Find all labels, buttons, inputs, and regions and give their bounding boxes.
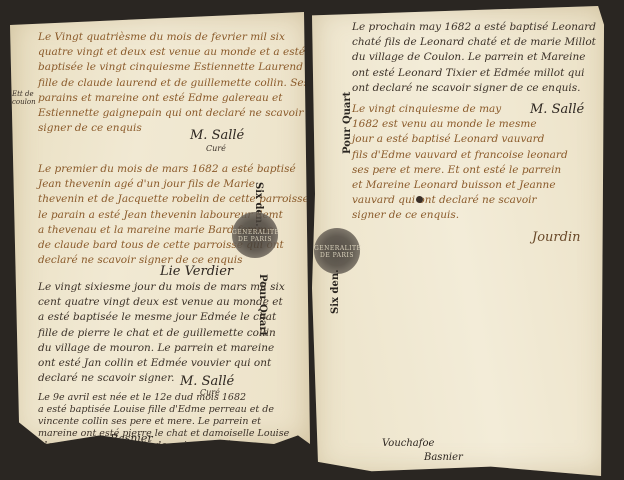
entry-line: thevenin et de Jacquette robelin de cett… [38,192,309,207]
entry-line: signer de ce enquis. [352,208,568,223]
left-page: Ett de coulon Le Vingt quatrièsme du moi… [10,12,310,444]
entry-line: chaté fils de Leonard chaté et de marie … [352,35,596,50]
entry-line: ses pere et mere. Et ont esté le parrein [352,163,568,178]
entry-line: ont esté Leonard Tixier et Edmée millot … [352,66,596,81]
entry-line: ont declaré ne scavoir signer de ce enqu… [352,81,596,96]
entry-line: declaré ne scavoir signer. [38,371,285,386]
entry-line: quatre vingt et deux est venue au monde … [38,45,309,60]
entry-4: Le 9e avril est née et le 12e dud mois 1… [38,392,289,464]
signature: Jourdin [532,230,580,245]
entry-line: vauvard qui ont declaré ne scavoir [352,193,568,208]
entry-line: a esté baptisée le mesme jour Edmée le c… [38,310,285,325]
entry-line: parains et mareine ont esté Edme galerea… [38,91,309,106]
entry-line: cent quatre vingt deux est venue au mond… [38,295,285,310]
signature: Lie Verdier [160,264,233,279]
entry-line: du village de mouron. Le parrein et mare… [38,341,285,356]
entry-line: Le 9e avril est née et le 12e dud mois 1… [38,392,289,404]
entry-line: Le vingt sixiesme jour du mois de mars m… [38,280,285,295]
entry-line: Le prochain may 1682 a esté baptisé Leon… [352,20,596,35]
signature: M. Sallé [180,374,234,389]
entry-line: la mareine a declaré ne scavoir signer [38,452,289,464]
tax-seal-stamp: GENERALITE DE PARIS [314,228,360,274]
entry-line: signer de ce enquis [38,121,309,136]
signature: M. Sallé [190,128,244,143]
entry-5: Le prochain may 1682 a esté baptisé Leon… [352,20,596,96]
ink-blot [416,196,423,203]
entry-line: Estiennette gaignepain qui ont declaré n… [38,106,309,121]
stamp-six-deniers: Six den. [330,269,341,314]
tax-seal-stamp: GENERALITE DE PARIS [232,212,278,258]
entry-1: Le Vingt quatrièsme du mois de fevrier m… [38,30,309,136]
right-page: Le prochain may 1682 a esté baptisé Leon… [312,6,610,476]
signature: M. Sallé [530,102,584,117]
entry-line: ont esté Jan collin et Edmée vouvier qui… [38,356,285,371]
margin-note: Ett de coulon [12,90,36,106]
entry-line: Jean thevenin agé d'un jour fils de Mari… [38,177,309,192]
entry-line: fille de pierre le chat et de guillemett… [38,326,285,341]
seal-text: GENERALITE DE PARIS [314,245,360,259]
entry-line: baptisée le vingt cinquiesme Estiennette… [38,60,309,75]
entry-line: fils d'Edme vauvard et francoise leonard [352,148,568,163]
entry-line: jour a esté baptisé Leonard vauvard [352,132,568,147]
entry-line: et Mareine Leonard buisson et Jeanne [352,178,568,193]
stamp-pour-quart: Pour Quart [342,92,353,154]
entry-3: Le vingt sixiesme jour du mois de mars m… [38,280,285,386]
seal-text: GENERALITE DE PARIS [232,229,278,243]
footer-signature: Vouchafoe [382,438,434,449]
entry-line: 1682 est venu au monde le mesme [352,117,568,132]
signature-title: Curé [206,144,226,153]
signature: Basnier [110,432,153,445]
entry-line: blanc le parrein a signé de ce interpell… [38,440,289,452]
entry-line: du village de Coulon. Le parrein et Mare… [352,50,596,65]
entry-line: Le Vingt quatrièsme du mois de fevrier m… [38,30,309,45]
entry-6: Le vingt cinquiesme de may 1682 est venu… [352,102,568,224]
entry-line: a esté baptisée Louise fille d'Edme perr… [38,404,289,416]
entry-line: fille de claude laurend et de guillemett… [38,76,309,91]
entry-line: vincente collin ses pere et mere. Le par… [38,416,289,428]
entry-line: Le premier du mois de mars 1682 a esté b… [38,162,309,177]
footer-signature: Basnier [424,452,463,463]
entry-line: mareine ont esté pierre le chat et damoi… [38,428,289,440]
